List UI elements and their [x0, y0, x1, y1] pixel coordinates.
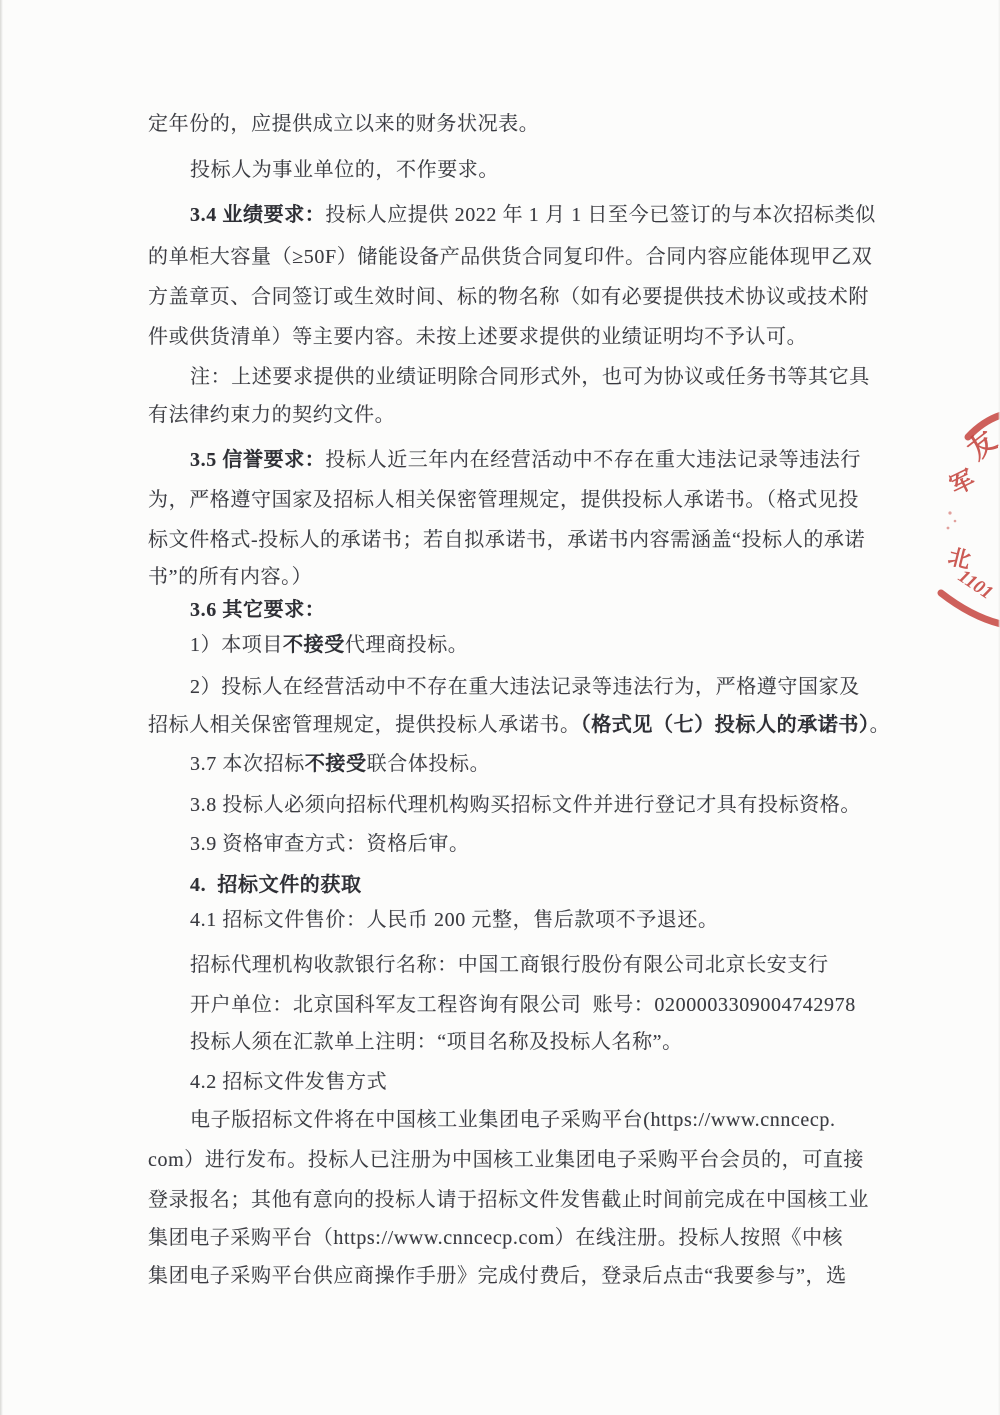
text-line: 的单柜大容量（≥50F）储能设备产品供货合同复印件。合同内容应能体现甲乙双 [148, 237, 888, 277]
text-run: 开户单位：北京国科军友工程咨询有限公司 账号：02000033090047429… [190, 994, 856, 1016]
text-line: 开户单位：北京国科军友工程咨询有限公司 账号：02000033090047429… [148, 985, 888, 1025]
text-run: 1）本项目 [190, 634, 283, 656]
text-run: 不接受 [305, 753, 367, 775]
text-run: 定年份的，应提供成立以来的财务状况表。 [148, 113, 539, 135]
seal-char: 北 [946, 544, 973, 574]
text-run: 投标人为事业单位的，不作要求。 [190, 159, 499, 181]
text-run: 招标人相关保密管理规定，提供投标人承诺书。 [148, 714, 581, 736]
text-run: 4.1 招标文件售价：人民币 200 元整，售后款项不予退还。 [190, 909, 719, 931]
seal-char: 友 [962, 425, 1000, 465]
text-run: 的单柜大容量（≥50F）储能设备产品供货合同复印件。合同内容应能体现甲乙双 [148, 246, 872, 268]
text-line: 有法律约束力的契约文件。 [148, 395, 888, 435]
text-line: 标文件格式-投标人的承诺书；若自拟承诺书，承诺书内容需涵盖“投标人的承诺 [148, 520, 888, 560]
text-line: 方盖章页、合同签订或生效时间、标的物名称（如有必要提供技术协议或技术附 [148, 277, 888, 317]
document-body: 定年份的，应提供成立以来的财务状况表。投标人为事业单位的，不作要求。3.4 业绩… [148, 104, 888, 1296]
text-run: 4. 招标文件的获取 [190, 874, 362, 896]
text-line: 为，严格遵守国家及招标人相关保密管理规定，提供投标人承诺书。（格式见投 [148, 480, 888, 520]
text-line: 电子版招标文件将在中国核工业集团电子采购平台(https://www.cnnce… [148, 1100, 888, 1140]
text-run: 投标人应提供 2022 年 1 月 1 日至今已签订的与本次招标类似 [325, 204, 875, 226]
text-line: 3.5 信誉要求：投标人近三年内在经营活动中不存在重大违法记录等违法行 [148, 440, 888, 480]
text-run: 4.2 招标文件发售方式 [190, 1071, 387, 1093]
text-run: 电子版招标文件将在中国核工业集团电子采购平台(https://www.cnnce… [190, 1109, 836, 1131]
red-seal-graphic: 友 军 北 1101 [925, 403, 1000, 635]
text-line: 招标代理机构收款银行名称：中国工商银行股份有限公司北京长安支行 [148, 945, 888, 985]
text-line: 招标人相关保密管理规定，提供投标人承诺书。（格式见（七）投标人的承诺书）。 [148, 705, 888, 745]
text-run: 。 [870, 714, 891, 736]
text-line: 投标人须在汇款单上注明：“项目名称及投标人名称”。 [148, 1022, 888, 1062]
text-line: 1）本项目不接受代理商投标。 [148, 625, 888, 665]
text-line: com）进行发布。投标人已注册为中国核工业集团电子采购平台会员的，可直接 [148, 1140, 888, 1180]
text-line: 4. 招标文件的获取 [148, 865, 888, 905]
text-run: com）进行发布。投标人已注册为中国核工业集团电子采购平台会员的，可直接 [148, 1149, 864, 1171]
text-run: 3.9 资格审查方式：资格后审。 [190, 833, 470, 855]
text-run: 投标人须在汇款单上注明：“项目名称及投标人名称”。 [190, 1031, 683, 1053]
text-run: 投标人近三年内在经营活动中不存在重大违法记录等违法行 [325, 449, 861, 471]
text-line: 3.4 业绩要求：投标人应提供 2022 年 1 月 1 日至今已签订的与本次招… [148, 195, 888, 235]
seal-speckle [948, 511, 951, 514]
text-run: 书”的所有内容。） [148, 566, 312, 588]
text-run: 有法律约束力的契约文件。 [148, 404, 395, 426]
text-line: 3.6 其它要求： [148, 590, 888, 630]
text-run: 标文件格式-投标人的承诺书；若自拟承诺书，承诺书内容需涵盖“投标人的承诺 [148, 529, 865, 551]
text-run: （格式见（七）投标人的承诺书） [581, 714, 870, 736]
seal-speckle [954, 520, 957, 523]
text-line: 4.2 招标文件发售方式 [148, 1062, 888, 1102]
text-run: 2）投标人在经营活动中不存在重大违法记录等违法行为，严格遵守国家及 [190, 676, 860, 698]
text-run: 3.4 业绩要求： [190, 204, 325, 226]
text-run: 代理商投标。 [345, 634, 469, 656]
text-line: 2）投标人在经营活动中不存在重大违法记录等违法行为，严格遵守国家及 [148, 667, 888, 707]
text-line: 注：上述要求提供的业绩证明除合同形式外，也可为协议或任务书等其它具 [148, 357, 888, 397]
text-line: 3.9 资格审查方式：资格后审。 [148, 824, 888, 864]
seal-char: 军 [946, 466, 979, 501]
seal-top-arc [968, 414, 1000, 437]
text-line: 登录报名；其他有意向的投标人请于招标文件发售截止时间前完成在中国核工业 [148, 1180, 888, 1220]
text-run: 集团电子采购平台供应商操作手册》完成付费后，登录后点击“我要参与”，选 [148, 1265, 847, 1287]
text-line: 集团电子采购平台供应商操作手册》完成付费后，登录后点击“我要参与”，选 [148, 1256, 888, 1296]
text-line: 4.1 招标文件售价：人民币 200 元整，售后款项不予退还。 [148, 900, 888, 940]
seal-digits: 1101 [954, 566, 996, 604]
text-run: 件或供货清单）等主要内容。未按上述要求提供的业绩证明均不予认可。 [148, 326, 807, 348]
text-run: 为，严格遵守国家及招标人相关保密管理规定，提供投标人承诺书。（格式见投 [148, 489, 859, 511]
text-line: 3.8 投标人必须向招标代理机构购买招标文件并进行登记才具有投标资格。 [148, 785, 888, 825]
text-run: 不接受 [283, 634, 345, 656]
seal-speckle [947, 527, 950, 530]
text-line: 投标人为事业单位的，不作要求。 [148, 150, 888, 190]
text-run: 联合体投标。 [367, 753, 491, 775]
text-run: 3.6 其它要求： [190, 599, 325, 621]
text-line: 定年份的，应提供成立以来的财务状况表。 [148, 104, 888, 144]
text-run: 注：上述要求提供的业绩证明除合同形式外，也可为协议或任务书等其它具 [190, 366, 870, 388]
text-run: 3.8 投标人必须向招标代理机构购买招标文件并进行登记才具有投标资格。 [190, 794, 861, 816]
document-page: 定年份的，应提供成立以来的财务状况表。投标人为事业单位的，不作要求。3.4 业绩… [0, 0, 1000, 1415]
text-run: 3.7 本次招标 [190, 753, 305, 775]
text-run: 方盖章页、合同签订或生效时间、标的物名称（如有必要提供技术协议或技术附 [148, 286, 869, 308]
text-run: 集团电子采购平台（https://www.cnncecp.com）在线注册。投标… [148, 1227, 843, 1249]
red-seal-stamp: 友 军 北 1101 [925, 403, 1000, 635]
text-line: 3.7 本次招标不接受联合体投标。 [148, 744, 888, 784]
text-line: 集团电子采购平台（https://www.cnncecp.com）在线注册。投标… [148, 1218, 888, 1258]
text-line: 件或供货清单）等主要内容。未按上述要求提供的业绩证明均不予认可。 [148, 317, 888, 357]
text-run: 登录报名；其他有意向的投标人请于招标文件发售截止时间前完成在中国核工业 [148, 1189, 869, 1211]
text-run: 招标代理机构收款银行名称：中国工商银行股份有限公司北京长安支行 [190, 954, 829, 976]
text-run: 3.5 信誉要求： [190, 449, 325, 471]
seal-bottom-arc [941, 593, 1000, 625]
